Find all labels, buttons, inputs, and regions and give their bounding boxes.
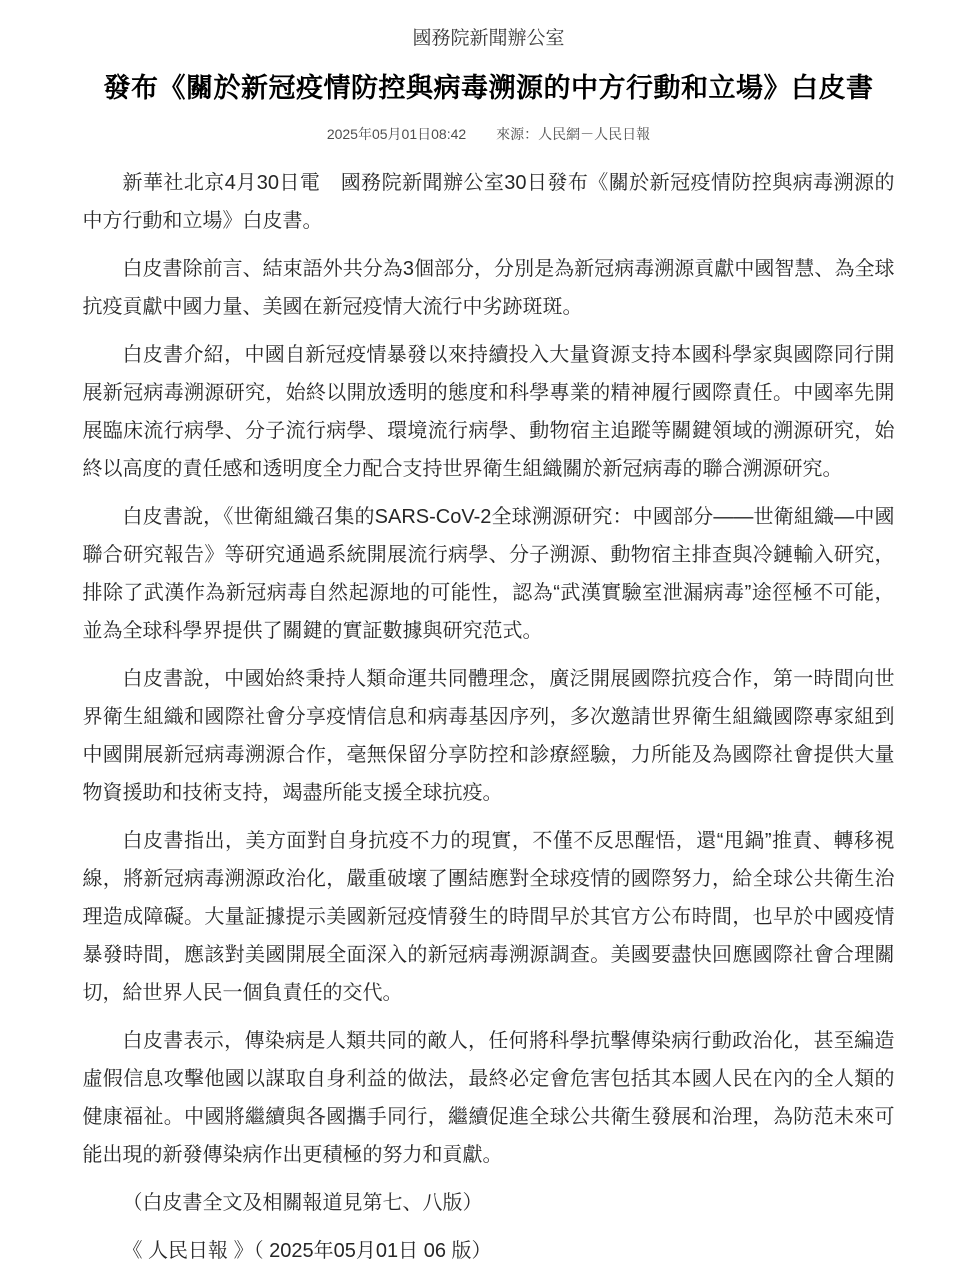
paragraph-6: 白皮書指出，美方面對自身抗疫不力的現實，不僅不反思醒悟，還“甩鍋”推責、轉移視線… bbox=[83, 822, 895, 1012]
publish-datetime: 2025年05月01日08:42 bbox=[327, 126, 466, 142]
article-title: 發布《關於新冠疫情防控與病毒溯源的中方行動和立場》白皮書 bbox=[83, 72, 895, 105]
paragraph-3: 白皮書介紹，中國自新冠疫情暴發以來持續投入大量資源支持本國科學家與國際同行開展新… bbox=[83, 336, 895, 488]
article-page: 國務院新聞辦公室 發布《關於新冠疫情防控與病毒溯源的中方行動和立場》白皮書 20… bbox=[0, 0, 977, 1280]
article-body: 新華社北京4月30日電 國務院新聞辦公室30日發布《關於新冠疫情防控與病毒溯源的… bbox=[83, 164, 895, 1270]
paragraph-1: 新華社北京4月30日電 國務院新聞辦公室30日發布《關於新冠疫情防控與病毒溯源的… bbox=[83, 164, 895, 240]
org-name: 國務院新聞辦公室 bbox=[83, 28, 895, 50]
paragraph-4: 白皮書說，《世衛組織召集的SARS-CoV-2全球溯源研究：中國部分——世衛組織… bbox=[83, 498, 895, 650]
source-label: 來源：人民網－人民日報 bbox=[496, 126, 650, 142]
note-paragraph: （白皮書全文及相關報道見第七、八版） bbox=[83, 1184, 895, 1222]
article-meta: 2025年05月01日08:42來源：人民網－人民日報 bbox=[83, 126, 895, 142]
paragraph-5: 白皮書說，中國始終秉持人類命運共同體理念，廣泛開展國際抗疫合作，第一時間向世界衛… bbox=[83, 660, 895, 812]
paragraph-2: 白皮書除前言、結束語外共分為3個部分，分別是為新冠病毒溯源貢獻中國智慧、為全球抗… bbox=[83, 250, 895, 326]
paragraph-7: 白皮書表示，傳染病是人類共同的敵人，任何將科學抗擊傳染病行動政治化，甚至編造虛假… bbox=[83, 1022, 895, 1174]
citation-paragraph: 《 人民日報 》（ 2025年05月01日 06 版） bbox=[83, 1232, 895, 1270]
article-container: 國務院新聞辦公室 發布《關於新冠疫情防控與病毒溯源的中方行動和立場》白皮書 20… bbox=[83, 0, 895, 1270]
